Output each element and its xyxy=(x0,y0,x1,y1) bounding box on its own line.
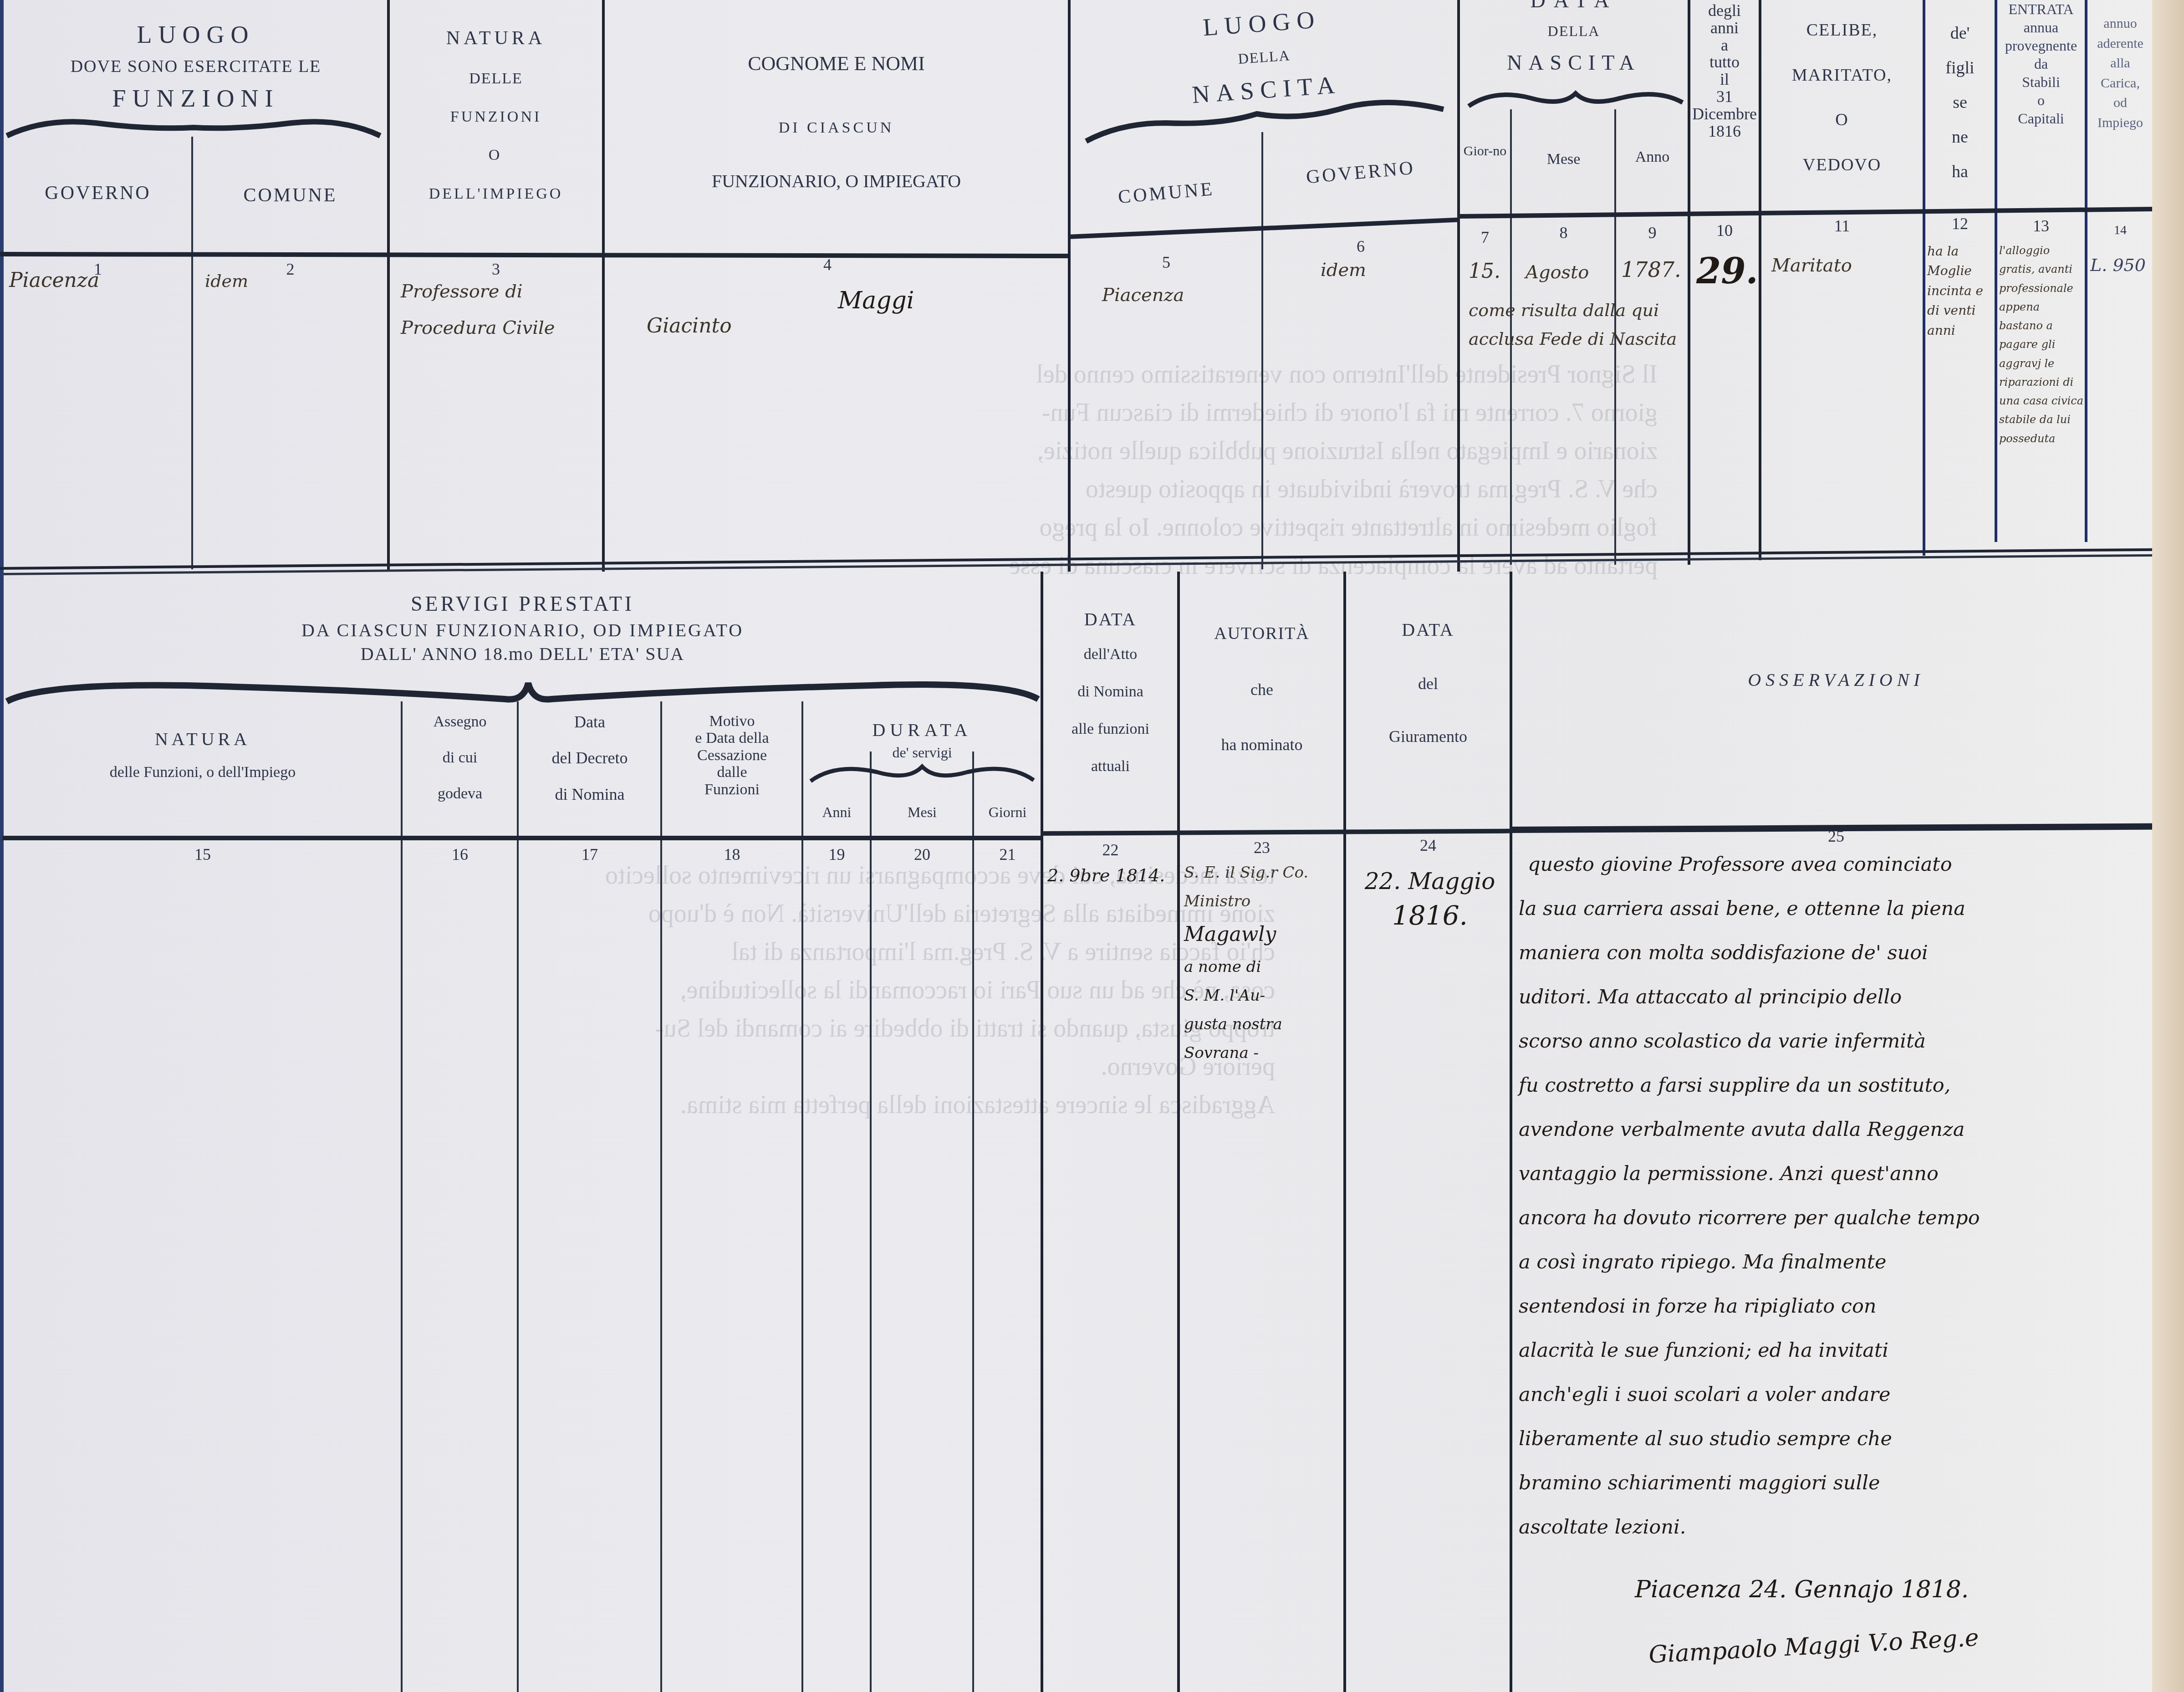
header-text: AUTORITÀ xyxy=(1180,624,1343,644)
header-rule xyxy=(2,836,1041,840)
header-text: DATA xyxy=(1347,619,1510,640)
text-line: Ministro xyxy=(1184,887,1341,916)
header-text: O xyxy=(390,146,602,164)
text-line: a nome di xyxy=(1184,953,1341,981)
rule xyxy=(0,0,4,572)
header-text: COGNOME E NOMI xyxy=(605,52,1068,76)
header-text: DI CIASCUN xyxy=(605,119,1068,137)
header-anno: Anno xyxy=(1617,148,1688,166)
cell-mese: Agosto xyxy=(1526,262,1589,283)
header-mesi: Mesi xyxy=(872,804,972,821)
header-text: alle funzioni xyxy=(1044,721,1177,737)
header-text: DATA xyxy=(1460,0,1688,13)
cell-autorita: S. E. il Sig.r Co. Ministro Magawly a no… xyxy=(1184,859,1341,1068)
text-line: questo giovine Professore avea cominciat… xyxy=(1519,843,2161,887)
cell-cognome: Maggi xyxy=(838,287,914,314)
rule xyxy=(1177,572,1180,1692)
column-number: 9 xyxy=(1617,223,1688,242)
column-number: 8 xyxy=(1513,223,1614,242)
header-cognome-nomi: COGNOME E NOMI DI CIASCUN FUNZIONARIO, O… xyxy=(605,52,1068,192)
header-giorni: Giorni xyxy=(975,804,1041,821)
header-giorno: Gior-no xyxy=(1460,143,1510,159)
header-motivo-cessazione: Motivo e Data della Cessazione dalle Fun… xyxy=(663,713,801,798)
header-text: di cui xyxy=(403,749,517,767)
header-text: dalle xyxy=(663,764,801,781)
header-text: e Data della xyxy=(663,730,801,746)
text-line: 22. Maggio xyxy=(1352,865,1507,897)
text-line: liberamente al suo studio sempre che xyxy=(1519,1417,2161,1461)
rule xyxy=(801,701,803,1692)
header-text: FUNZIONI xyxy=(5,84,387,112)
column-number: 7 xyxy=(1460,228,1510,247)
column-number: 15 xyxy=(5,845,401,864)
text-line: uditori. Ma attaccato al principio dello xyxy=(1519,975,2161,1019)
cell-stato-civile: Maritato xyxy=(1771,255,1852,276)
cell-comune: idem xyxy=(205,271,248,291)
rule xyxy=(1510,572,1512,1692)
header-text: DA CIASCUN FUNZIONARIO, OD IMPIEGATO xyxy=(5,620,1041,641)
signature-name: Giampaolo Maggi V.o Reg.e xyxy=(1648,1624,1980,1669)
rule xyxy=(191,137,193,569)
brace-ornament xyxy=(5,674,1041,706)
text-line: a così ingrato ripiego. Ma finalmente xyxy=(1519,1240,2161,1284)
text-line: vantaggio la permissione. Anzi quest'ann… xyxy=(1519,1152,2161,1196)
header-text: di Nomina xyxy=(519,785,660,804)
header-mese: Mese xyxy=(1513,150,1614,168)
rule xyxy=(1041,572,1043,1692)
header-eta: degli anni a tutto il 31 Dicembre 1816 xyxy=(1690,2,1759,140)
column-number: 12 xyxy=(1925,214,1995,233)
column-number: 4 xyxy=(605,255,1068,274)
header-text: FUNZIONARIO, O IMPIEGATO xyxy=(605,171,1068,192)
brace-ornament xyxy=(1466,89,1685,109)
header-durata: DURATA de' servigi xyxy=(804,720,1041,761)
bleed-through-text: Il Signor Presidente dell'Interno con ve… xyxy=(792,355,1658,585)
rule xyxy=(401,701,403,1692)
header-text: Cessazione xyxy=(663,747,801,764)
header-text: Giuramento xyxy=(1347,727,1510,746)
column-number: 19 xyxy=(804,845,870,864)
column-number: 16 xyxy=(403,845,517,864)
header-assegno-godeva: Assegno di cui godeva xyxy=(403,713,517,803)
header-text: DATA xyxy=(1044,610,1177,629)
cell-nascita-note: come risulta dalla qui acclusa Fede di N… xyxy=(1469,296,1687,353)
header-rule xyxy=(1041,829,1510,836)
column-number: 5 xyxy=(1071,253,1261,272)
text-line: 1816. xyxy=(1352,897,1507,934)
cell-osservazioni: questo giovine Professore avea cominciat… xyxy=(1519,843,2161,1549)
header-data-nascita: DATA DELLA NASCITA xyxy=(1460,0,1688,75)
cell-data-giuramento: 22. Maggio 1816. xyxy=(1352,865,1507,934)
rule xyxy=(0,572,4,1692)
header-nascita-governo: GOVERNO xyxy=(1264,153,1458,192)
cell-data-atto-nomina: 2. 9bre 1814. xyxy=(1047,865,1165,885)
cell-figli: ha la Moglie incinta e di venti anni xyxy=(1927,241,1995,340)
text-line: Magawly xyxy=(1184,916,1341,953)
cell-assegno-annuo: L. 950 xyxy=(2090,255,2146,275)
header-text: Funzioni xyxy=(663,781,801,798)
cell-nascita-governo: idem xyxy=(1321,260,1366,281)
header-natura-funzioni: NATURA DELLE FUNZIONI O DELL'IMPIEGO xyxy=(390,27,602,203)
signature-place-date: Piacenza 24. Gennajo 1818. xyxy=(1635,1576,1969,1603)
header-text: DELL'IMPIEGO xyxy=(390,185,602,203)
text-line: alacrità le sue funzioni; ed ha invitati xyxy=(1519,1329,2161,1373)
header-text: VEDOVO xyxy=(1761,155,1923,175)
header-natura-servigi: NATURA delle Funzioni, o dell'Impiego xyxy=(5,729,401,781)
header-text: NASCITA xyxy=(1460,51,1688,75)
header-text: DELLA xyxy=(1460,23,1688,40)
header-text: DALL' ANNO 18.mo DELL' ETA' SUA xyxy=(5,644,1041,665)
brace-ornament xyxy=(808,763,1036,783)
header-luogo-funzioni: LUOGO DOVE SONO ESERCITATE LE FUNZIONI xyxy=(5,20,387,112)
text-line: bramino schiarimenti maggiori sulle xyxy=(1519,1461,2161,1505)
header-text: Motivo xyxy=(663,713,801,730)
text-line: anch'egli i suoi scolari a voler andare xyxy=(1519,1373,2161,1417)
header-luogo-comune: COMUNE xyxy=(194,184,387,206)
column-number: 14 xyxy=(2087,223,2153,238)
text-line: avendone verbalmente avuta dalla Reggenz… xyxy=(1519,1108,2161,1152)
text-line: fu costretto a farsi supplire da un sost… xyxy=(1519,1063,2161,1108)
header-text: Data xyxy=(519,713,660,731)
rule xyxy=(1261,132,1263,569)
column-number: 11 xyxy=(1761,216,1923,235)
header-text: DELLE xyxy=(390,70,602,87)
header-text: delle Funzioni, o dell'Impiego xyxy=(5,763,401,781)
header-figli: de' figli se ne ha xyxy=(1925,16,1995,189)
header-osservazioni: OSSERVAZIONI xyxy=(1513,670,2159,690)
column-number: 23 xyxy=(1180,838,1343,857)
text-line: ancora ha dovuto ricorrere per qualche t… xyxy=(1519,1196,2161,1240)
rule xyxy=(1068,0,1071,572)
rule xyxy=(972,751,974,1692)
column-number: 22 xyxy=(1044,840,1177,859)
column-number: 24 xyxy=(1347,836,1510,855)
rule xyxy=(660,701,662,1692)
header-luogo-governo: GOVERNO xyxy=(5,182,191,204)
header-text: ha nominato xyxy=(1180,736,1343,754)
column-number: 13 xyxy=(1997,216,2085,235)
text-line: sentendosi in forze ha ripigliato con xyxy=(1519,1284,2161,1329)
header-entrata: ENTRATA annua provegnente da Stabili o C… xyxy=(1997,0,2085,128)
paper-edge xyxy=(2152,0,2184,1692)
header-rule xyxy=(1068,217,1459,239)
header-text: dell'Atto xyxy=(1044,647,1177,662)
header-nascita-comune: COMUNE xyxy=(1071,174,1262,213)
column-number: 18 xyxy=(663,845,801,864)
text-line: maniera con molta soddisfazione de' suoi xyxy=(1519,931,2161,975)
cell-giorno: 15. xyxy=(1469,260,1500,283)
header-autorita: AUTORITÀ che ha nominato xyxy=(1180,624,1343,754)
header-assegno-annuo: annuo aderente alla Carica, od Impiego xyxy=(2087,14,2153,133)
rule xyxy=(1343,572,1346,1692)
column-number: 20 xyxy=(872,845,972,864)
header-text: MARITATO, xyxy=(1761,66,1923,86)
header-data-decreto: Data del Decreto di Nomina xyxy=(519,713,660,804)
rule xyxy=(870,751,872,1692)
bleed-through-text-lower: terza medesima, cui deve accompagnarsi u… xyxy=(410,856,1275,1124)
header-data-atto-nomina: DATA dell'Atto di Nomina alle funzioni a… xyxy=(1044,610,1177,774)
header-text: LUOGO xyxy=(5,20,387,49)
text-line: S. E. il Sig.r Co. xyxy=(1184,859,1341,887)
document-sheet: Il Signor Presidente dell'Interno con ve… xyxy=(0,0,2168,1692)
header-stato-civile: CELIBE, MARITATO, O VEDOVO xyxy=(1761,20,1923,175)
cell-natura-funzioni: Professore di Procedura Civile xyxy=(401,273,601,346)
text-line: Sovrana - xyxy=(1184,1039,1341,1068)
column-number: 6 xyxy=(1264,237,1457,256)
header-text: SERVIGI PRESTATI xyxy=(5,592,1041,616)
header-text: godeva xyxy=(403,785,517,803)
column-number: 17 xyxy=(519,845,660,864)
cell-anno: 1787. xyxy=(1621,257,1681,282)
header-text: de' servigi xyxy=(804,744,1041,761)
header-text: DOVE SONO ESERCITATE LE xyxy=(5,57,387,77)
header-text: CELIBE, xyxy=(1761,20,1923,41)
cell-nome: Giacinto xyxy=(647,314,732,337)
header-text: DURATA xyxy=(804,720,1041,741)
header-text: che xyxy=(1180,680,1343,699)
header-anni: Anni xyxy=(804,804,870,821)
rule xyxy=(517,701,519,1692)
header-text: O xyxy=(1761,110,1923,130)
header-text: FUNZIONI xyxy=(390,108,602,126)
text-line: ascoltate lezioni. xyxy=(1519,1505,2161,1549)
text-line: la sua carriera assai bene, e ottenne la… xyxy=(1519,887,2161,931)
brace-ornament xyxy=(5,114,383,141)
header-text: attuali xyxy=(1044,759,1177,774)
header-text: NATURA xyxy=(390,27,602,49)
column-number: 21 xyxy=(975,845,1041,864)
header-text: NATURA xyxy=(5,729,401,750)
cell-governo: Piacenza xyxy=(9,269,99,292)
header-data-giuramento: DATA del Giuramento xyxy=(1347,619,1510,746)
cell-eta: 29. xyxy=(1696,250,1758,292)
header-servigi-prestati: SERVIGI PRESTATI DA CIASCUN FUNZIONARIO,… xyxy=(5,592,1041,665)
header-text: del Decreto xyxy=(519,749,660,767)
header-text: di Nomina xyxy=(1044,684,1177,700)
text-line: scorso anno scolastico da varie infermit… xyxy=(1519,1019,2161,1063)
header-text: del xyxy=(1347,675,1510,693)
text-line: gusta nostra xyxy=(1184,1010,1341,1039)
header-text: Assegno xyxy=(403,713,517,731)
column-number: 10 xyxy=(1690,221,1759,240)
cell-entrata: l'alloggio gratis, avanti professionale … xyxy=(1999,241,2085,448)
brace-ornament xyxy=(1084,96,1448,146)
text-line: S. M. l'Au- xyxy=(1184,981,1341,1010)
cell-nascita-comune: Piacenza xyxy=(1102,285,1184,306)
